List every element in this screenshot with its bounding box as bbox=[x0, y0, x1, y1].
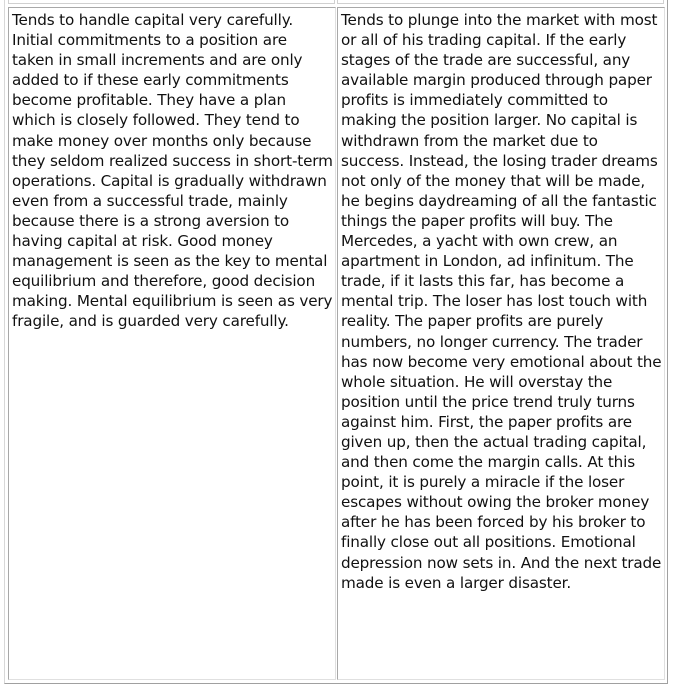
previous-row-right-cell bbox=[337, 0, 664, 4]
loser-description-text: Tends to plunge into the market with mos… bbox=[341, 10, 662, 593]
table-cell-loser: Tends to plunge into the market with mos… bbox=[337, 7, 665, 680]
previous-row-left-cell bbox=[8, 0, 335, 4]
winner-description-text: Tends to handle capital very carefully. … bbox=[12, 10, 333, 332]
table-cell-winner: Tends to handle capital very carefully. … bbox=[8, 7, 336, 680]
